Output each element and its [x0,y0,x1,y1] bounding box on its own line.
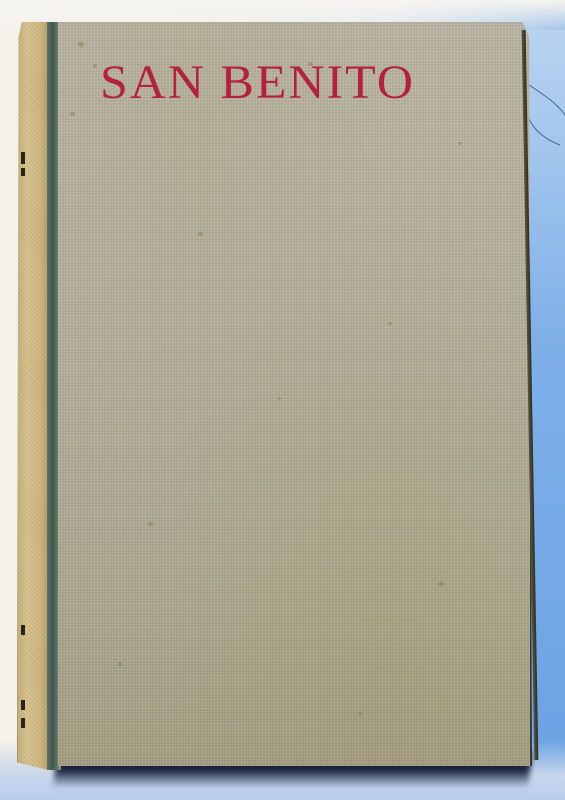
cover-stain [93,64,97,68]
spine-mark [21,718,25,728]
spine-mark [21,700,25,710]
cover-stain [388,322,392,325]
spine-mark [21,152,25,164]
cover-stain [70,112,75,116]
cover-stain [148,522,153,526]
cover-stain [438,582,444,586]
cover-title: SAN BENITO [100,54,460,111]
spine-mark [21,625,25,635]
front-cover [58,22,532,766]
book: SAN BENITO [0,0,565,800]
cover-stain [118,662,122,666]
cover-stain [278,397,281,400]
cover-stain [358,712,363,715]
book-spine [17,22,48,770]
cover-stain [198,232,203,236]
cover-stain [458,142,462,145]
spine-mark [21,168,25,176]
cover-stain [78,42,84,47]
